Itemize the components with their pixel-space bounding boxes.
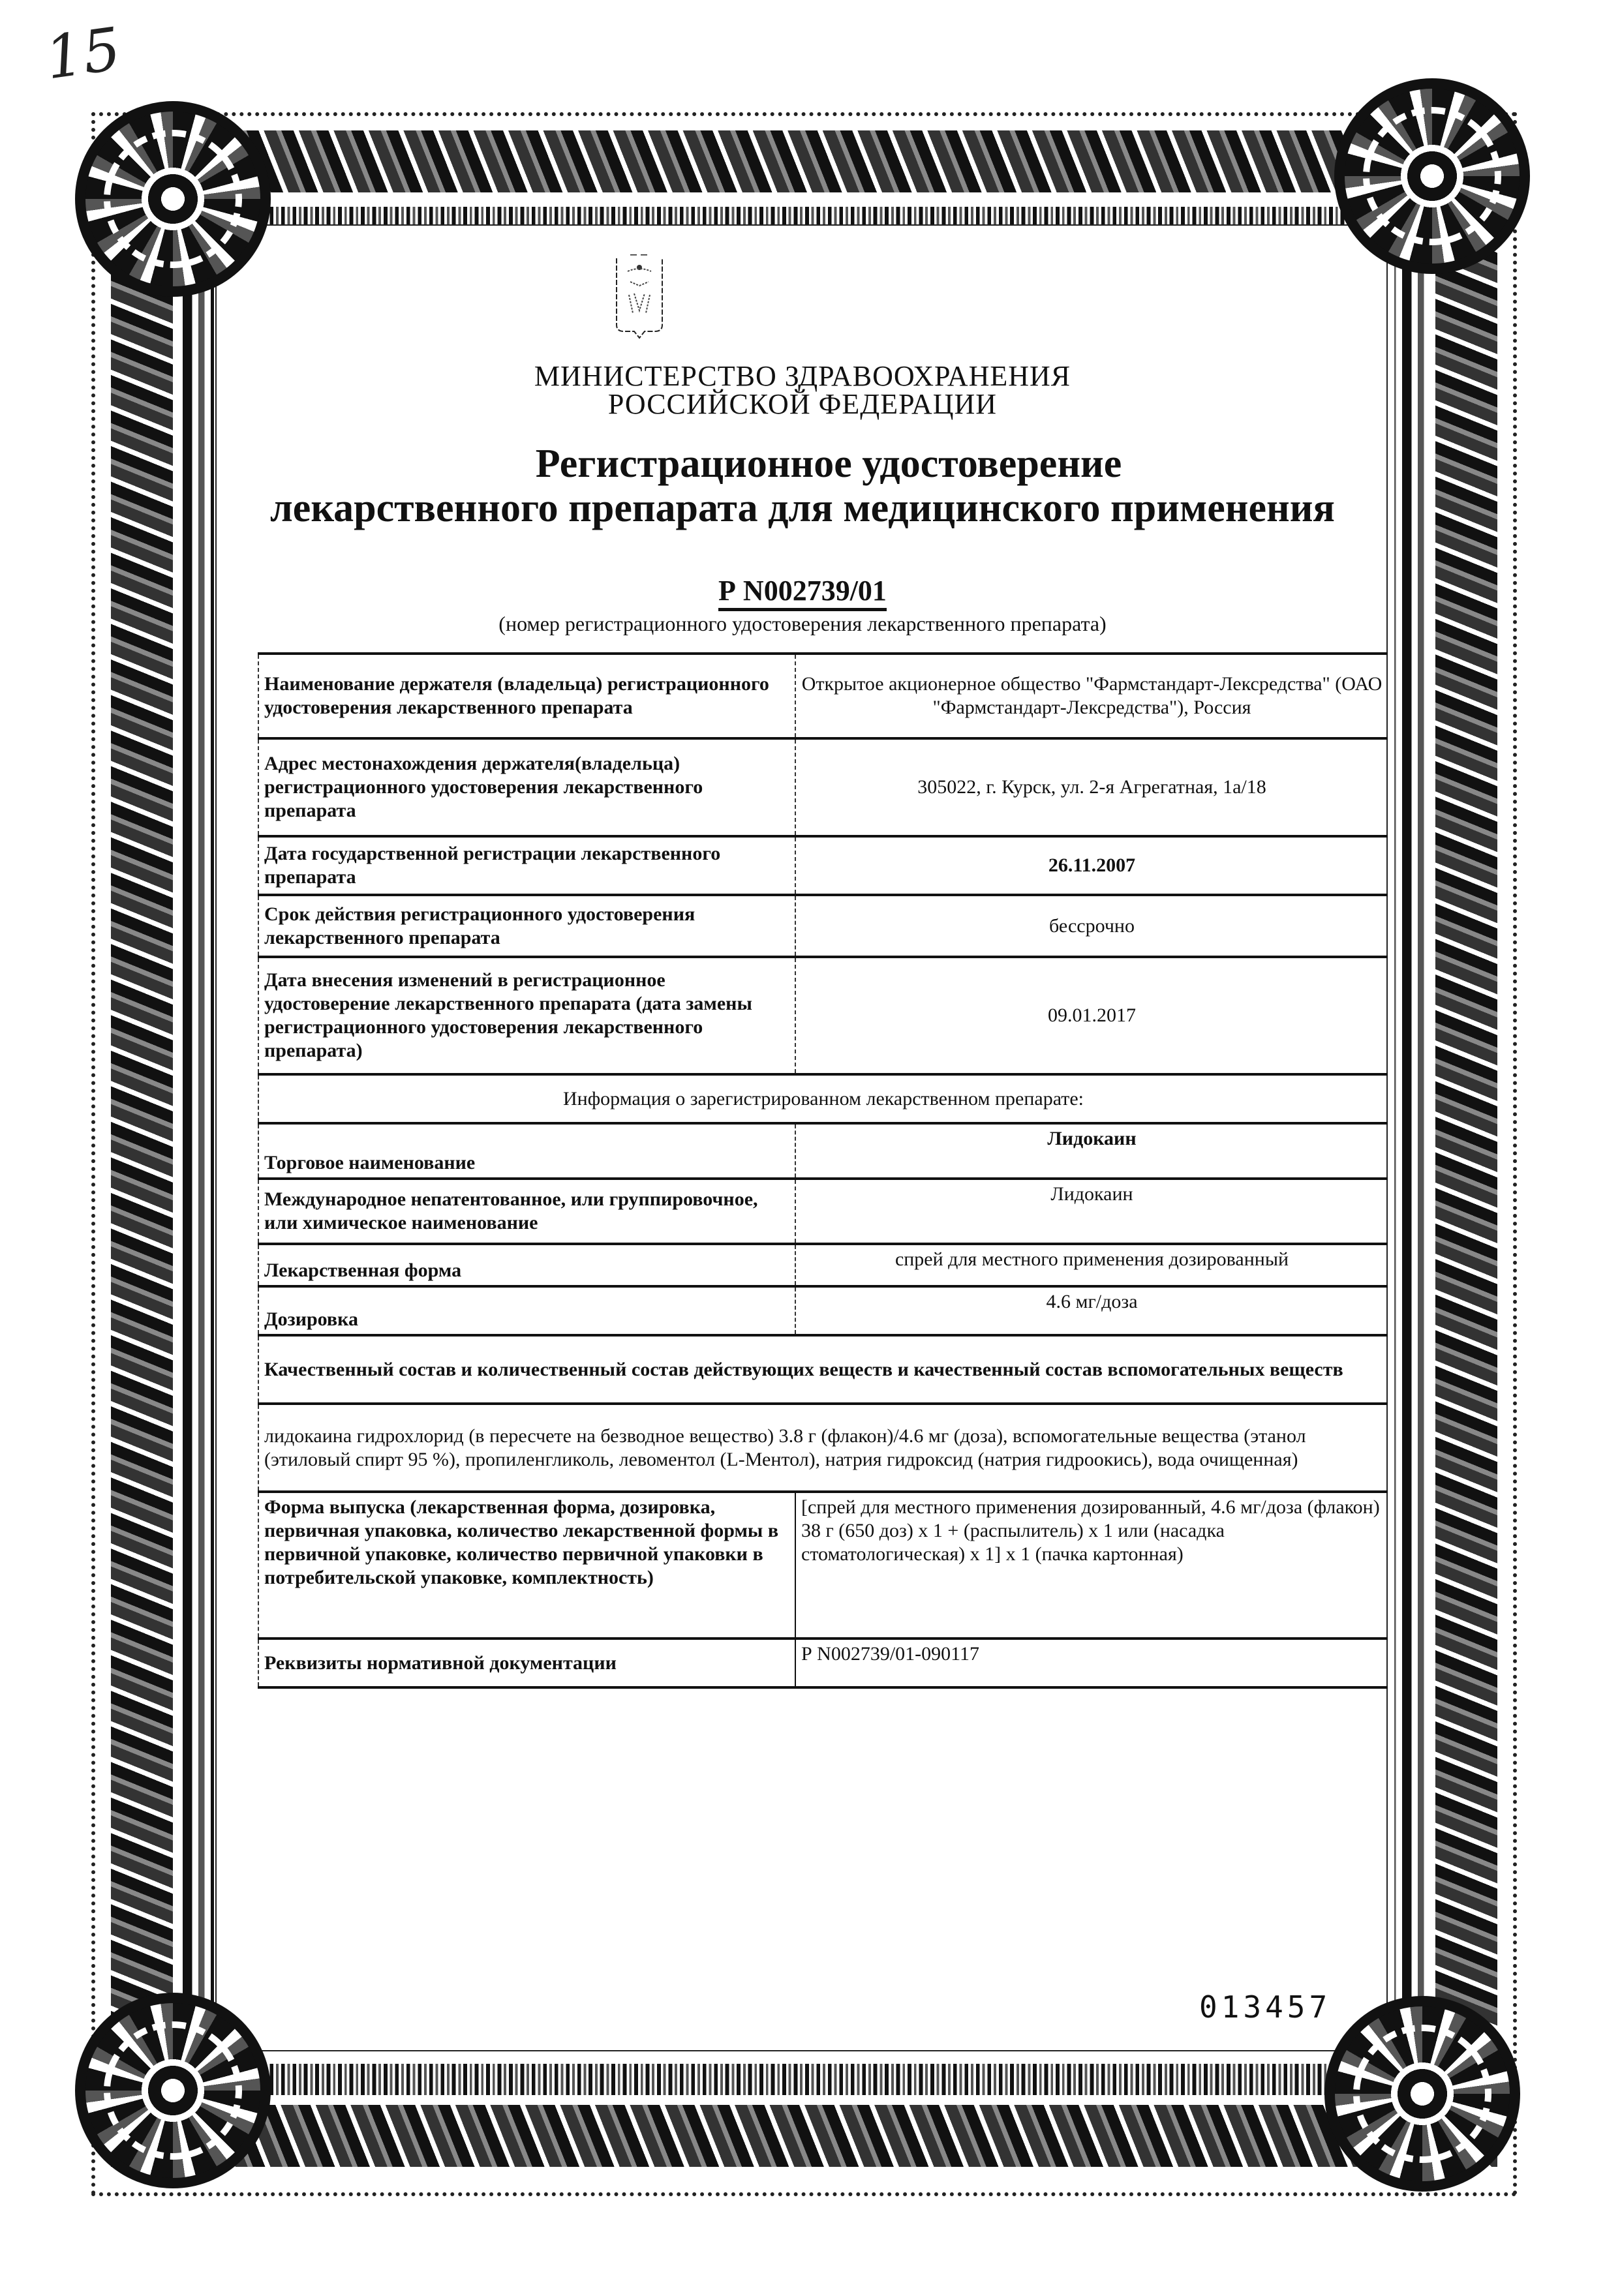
table-row: Дозировка 4.6 мг/доза [258,1286,1388,1335]
row-label-inn: Международное непатентованное, или групп… [258,1179,795,1244]
row-label-normative-doc: Реквизиты нормативной документации [258,1639,795,1687]
row-label-change-date: Дата внесения изменений в регистрационно… [258,957,795,1074]
row-value-inn: Лидокаин [795,1179,1388,1244]
registration-number-text: Р N002739/01 [718,575,887,611]
row-value-release-form: [спрей для местного применения дозирован… [795,1492,1388,1639]
registration-number-caption: (номер регистрационного удостоверения ле… [0,612,1605,636]
row-label-registration-date: Дата государственной регистрации лекарст… [258,836,795,895]
table-row: Дата внесения изменений в регистрационно… [258,957,1388,1074]
row-label-validity: Срок действия регистрационного удостовер… [258,895,795,957]
handwritten-page-number: 15 [41,15,125,93]
row-label-holder-address: Адрес местонахождения держателя(владельц… [258,738,795,836]
table-row: Адрес местонахождения держателя(владельц… [258,738,1388,836]
row-label-holder-name: Наименование держателя (владельца) регис… [258,654,795,738]
certificate-title-line1: Регистрационное удостоверение [26,444,1605,484]
corner-rosette-bottom-left-icon [75,1993,271,2188]
registration-number: Р N002739/01 [0,574,1605,607]
row-label-dosage: Дозировка [258,1286,795,1335]
table-row: лидокаина гидрохлорид (в пересчете на бе… [258,1404,1388,1492]
table-row: Форма выпуска (лекарственная форма, дози… [258,1492,1388,1639]
coat-of-arms-icon [615,254,664,339]
certificate-details-table: Наименование держателя (владельца) регис… [258,652,1388,1689]
row-value-holder-address: 305022, г. Курск, ул. 2-я Агрегатная, 1а… [795,738,1388,836]
row-label-dosage-form: Лекарственная форма [258,1244,795,1286]
row-value-holder-name: Открытое акционерное общество "Фармстанд… [795,654,1388,738]
table-row: Реквизиты нормативной документации Р N00… [258,1639,1388,1687]
table-row: Наименование держателя (владельца) регис… [258,654,1388,738]
corner-rosette-bottom-right-icon [1324,1996,1520,2192]
row-value-registration-date: 26.11.2007 [795,836,1388,895]
table-row: Дата государственной регистрации лекарст… [258,836,1388,895]
row-value-trade-name: Лидокаин [795,1123,1388,1179]
table-row: Качественный состав и количественный сос… [258,1335,1388,1404]
row-label-trade-name: Торговое наименование [258,1123,795,1179]
table-row: Торговое наименование Лидокаин [258,1123,1388,1179]
corner-rosette-top-left-icon [75,101,271,297]
row-value-validity: бессрочно [795,895,1388,957]
table-row: Лекарственная форма спрей для местного п… [258,1244,1388,1286]
product-info-header: Информация о зарегистрированном лекарств… [258,1074,1388,1123]
ministry-name-line1: МИНИСТЕРСТВО ЗДРАВООХРАНЕНИЯ [0,362,1605,391]
blank-serial-number: 013457 [1199,1989,1331,2025]
certificate-title-line2: лекарственного препарата для медицинског… [0,488,1605,528]
table-row: Информация о зарегистрированном лекарств… [258,1074,1388,1123]
table-row: Срок действия регистрационного удостовер… [258,895,1388,957]
composition-header: Качественный состав и количественный сос… [258,1335,1388,1404]
row-label-release-form: Форма выпуска (лекарственная форма, дози… [258,1492,795,1639]
table-row: Международное непатентованное, или групп… [258,1179,1388,1244]
row-value-dosage: 4.6 мг/доза [795,1286,1388,1335]
ministry-name-line2: РОССИЙСКОЙ ФЕДЕРАЦИИ [0,390,1605,419]
row-value-change-date: 09.01.2017 [795,957,1388,1074]
row-value-normative-doc: Р N002739/01-090117 [795,1639,1388,1687]
corner-rosette-top-right-icon [1334,78,1530,274]
row-value-dosage-form: спрей для местного применения дозированн… [795,1244,1388,1286]
composition-text: лидокаина гидрохлорид (в пересчете на бе… [258,1404,1388,1492]
